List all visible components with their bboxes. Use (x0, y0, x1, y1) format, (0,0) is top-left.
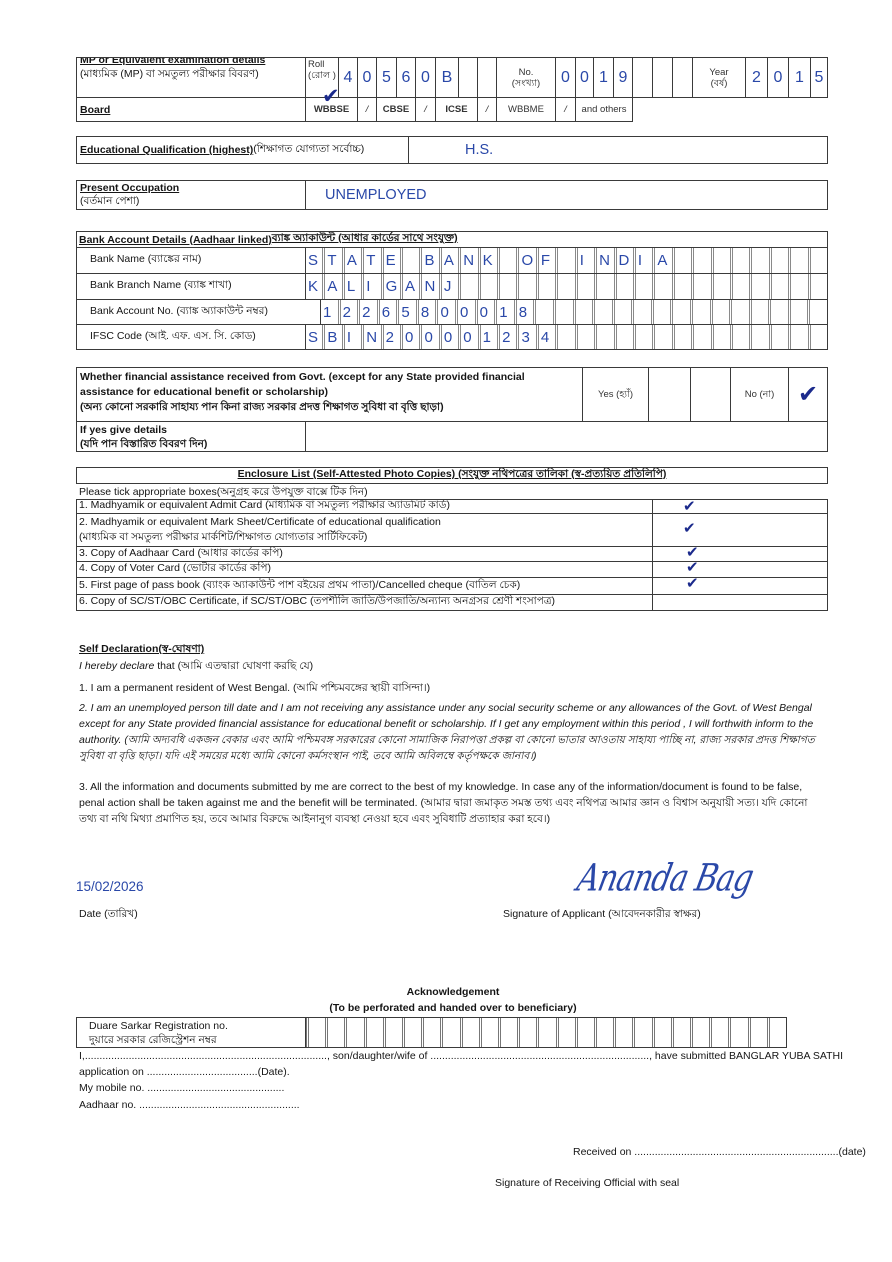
character-box: L (342, 274, 361, 299)
acknowledgement-title: Acknowledgement (0, 986, 892, 998)
board-separator: / (415, 97, 436, 122)
character-box (672, 248, 691, 273)
character-box: N (458, 248, 477, 273)
declaration-title: Self Declaration(স্ব-ঘোষণা) (79, 641, 824, 657)
enclosure-title: Enclosure List (Self-Attested Photo Copi… (76, 467, 828, 484)
enclosure-item-2-text: 2. Madhyamik or equivalent Mark Sheet/Ce… (79, 515, 650, 530)
no-label: No (না) (730, 367, 789, 422)
board-option-cbse[interactable]: CBSE (376, 97, 416, 122)
character-box: 0 (435, 300, 455, 324)
character-box (536, 1018, 555, 1047)
character-box: T (361, 248, 380, 273)
character-box: E (381, 248, 400, 273)
character-box (730, 325, 749, 349)
roll-char-box[interactable]: 5 (376, 57, 397, 98)
year-char-box[interactable]: 0 (767, 57, 789, 98)
character-box: 0 (455, 300, 475, 324)
mp-exam-title-bn: (মাধ্যমিক (MP) বা সমতুল্য পরীক্ষার বিবরণ… (80, 67, 280, 81)
character-box: B (419, 248, 438, 273)
character-box: 6 (377, 300, 397, 324)
board-separator: / (555, 97, 576, 122)
number-char-box[interactable]: 9 (613, 57, 633, 98)
roll-char-box[interactable]: 4 (338, 57, 358, 98)
character-box (652, 1018, 671, 1047)
enclosure-item-5: 5. First page of pass book (ব্যাংক অ্যাক… (76, 577, 653, 595)
character-box (788, 300, 808, 324)
character-box (594, 325, 613, 349)
character-box (498, 1018, 517, 1047)
character-box: I (633, 248, 652, 273)
mp-exam-title: MP or Equivalent examination details (80, 57, 305, 67)
number-label: No. (519, 67, 534, 78)
character-box (479, 1018, 498, 1047)
character-box: 1 (321, 300, 338, 324)
character-box (729, 300, 749, 324)
character-box: I (575, 248, 594, 273)
character-box (575, 274, 594, 299)
enclosure-checkbox-1[interactable]: ✔ (652, 499, 828, 514)
character-box: A (439, 248, 458, 273)
character-box (614, 274, 633, 299)
bank-title: Bank Account Details (Aadhaar linked) (79, 234, 272, 246)
yes-checkbox[interactable]: ✔ (648, 367, 691, 422)
character-box (592, 300, 612, 324)
roll-char-box[interactable] (458, 57, 478, 98)
number-label-cell: No. (সংখ্যা) (496, 57, 556, 98)
character-box: 2 (381, 325, 400, 349)
details-field[interactable] (305, 421, 828, 452)
character-box (306, 1018, 325, 1047)
signature-label: Signature of Applicant (আবেদনকারীর স্বাক… (503, 907, 701, 924)
character-box (652, 274, 671, 299)
character-box (711, 248, 730, 273)
character-box: D (614, 248, 633, 273)
character-box: J (439, 274, 458, 299)
enclosure-item-3: 3. Copy of Aadhaar Card (আধার কার্ডের কপ… (76, 546, 653, 562)
spacer-cell (690, 367, 731, 422)
details-label-cell: If yes give details (যদি পান বিস্তারিত ব… (76, 421, 306, 452)
check-mark-icon: ✔ (686, 546, 699, 561)
character-box: T (322, 248, 341, 273)
registration-number-field[interactable] (305, 1017, 787, 1048)
character-box: 5 (396, 300, 416, 324)
character-box (769, 274, 788, 299)
declaration-point-2: 2. I am an unemployed person till date a… (79, 700, 824, 764)
roll-label-bn: (রোল ) (308, 70, 336, 81)
character-box (594, 274, 613, 299)
registration-label-bn: দুয়ারে সরকার রেজিস্ট্রেশন নম্বর (89, 1033, 293, 1047)
declaration-point-1: 1. I am a permanent resident of West Ben… (79, 680, 824, 696)
received-on-line: Received on ............................… (573, 1146, 866, 1158)
acknowledgement-subtitle: (To be perforated and handed over to ben… (0, 1002, 892, 1014)
character-box: N (419, 274, 438, 299)
number-char-box[interactable] (632, 57, 653, 98)
character-box (497, 274, 516, 299)
character-box: B (322, 325, 341, 349)
year-label: Year (709, 67, 728, 78)
character-box (808, 325, 827, 349)
character-box (631, 300, 651, 324)
character-box (553, 300, 573, 324)
roll-char-box[interactable]: 6 (396, 57, 416, 98)
education-label-cell: Educational Qualification (highest) (শিক… (76, 136, 409, 164)
roll-char-box[interactable] (477, 57, 497, 98)
check-mark-icon: ✔ (686, 561, 699, 576)
roll-char-box[interactable]: B (435, 57, 459, 98)
acknowledgement-line-2: application on .........................… (79, 1066, 290, 1078)
character-box (788, 274, 807, 299)
character-box (632, 1018, 651, 1047)
character-box (536, 274, 555, 299)
character-box (614, 325, 633, 349)
character-box (344, 1018, 363, 1047)
official-signature-label: Signature of Receiving Official with sea… (495, 1177, 679, 1189)
character-box (808, 248, 827, 273)
character-box (458, 274, 477, 299)
acknowledgement-line-1: I,......................................… (79, 1050, 843, 1062)
character-box (516, 274, 535, 299)
declaration-intro-rest: that (আমি এতদ্বারা ঘোষণা করছি যে) (154, 660, 313, 672)
year-label-bn: (বর্ষ) (711, 78, 728, 89)
character-box (711, 274, 730, 299)
character-box: A (400, 274, 419, 299)
check-mark-icon: ✔ (798, 380, 818, 409)
character-box (652, 325, 671, 349)
character-box: 0 (439, 325, 458, 349)
character-box: 3 (516, 325, 535, 349)
financial-question-cell: Whether financial assistance received fr… (76, 367, 583, 422)
character-box (575, 1018, 594, 1047)
character-box (711, 325, 730, 349)
bank-account-label: Bank Account No. (ব্যাঙ্ক অ্যাকাউন্ট নম্… (76, 299, 321, 325)
character-box (325, 1018, 344, 1047)
character-box (769, 248, 788, 273)
enclosure-item-6: 6. Copy of SC/ST/OBC Certificate, if SC/… (76, 594, 653, 611)
character-box: 2 (497, 325, 516, 349)
character-box (749, 325, 768, 349)
date-value[interactable]: 15/02/2026 (76, 879, 144, 894)
character-box (575, 325, 594, 349)
bank-title-bn: ব্যাঙ্ক অ্যাকাউন্ট (আধার কার্ডের সাথে সং… (272, 231, 458, 248)
character-box (555, 274, 574, 299)
character-box (440, 1018, 459, 1047)
character-box: F (536, 248, 555, 273)
character-box (808, 274, 827, 299)
number-char-box[interactable]: 1 (593, 57, 614, 98)
character-box (748, 1018, 767, 1047)
character-box: S (306, 248, 322, 273)
character-box: 2 (357, 300, 377, 324)
character-box: 0 (400, 325, 419, 349)
character-box (749, 300, 769, 324)
character-box (768, 300, 788, 324)
character-box: 2 (338, 300, 358, 324)
education-value[interactable]: H.S. (408, 136, 828, 164)
financial-question: Whether financial assistance received fr… (80, 370, 579, 400)
character-box (690, 300, 710, 324)
character-box (400, 248, 419, 273)
character-box: N (594, 248, 613, 273)
character-box (478, 274, 497, 299)
number-char-box[interactable] (652, 57, 673, 98)
character-box (460, 1018, 479, 1047)
character-box: A (342, 248, 361, 273)
board-separator: / (357, 97, 377, 122)
check-mark-icon: ✔ (683, 499, 696, 514)
character-box (497, 248, 516, 273)
enclosure-item-4: 4. Copy of Voter Card (ভোটার কার্ডের কপি… (76, 561, 653, 578)
character-box (788, 248, 807, 273)
year-char-box[interactable]: 1 (788, 57, 811, 98)
bank-section-title: Bank Account Details (Aadhaar linked) ব্… (76, 231, 828, 248)
character-box (421, 1018, 440, 1047)
enclosure-checkbox-5[interactable]: ✔ (652, 577, 828, 595)
character-box: O (516, 248, 535, 273)
enclosure-checkbox-3[interactable]: ✔ (652, 546, 828, 562)
enclosure-checkbox-2[interactable]: ✔ (652, 513, 828, 547)
character-box (402, 1018, 421, 1047)
bank-name-field[interactable]: STATEBANKOFINDIA (305, 247, 828, 274)
enclosure-checkbox-6[interactable]: ✔ (652, 594, 828, 611)
number-char-box[interactable]: 0 (555, 57, 576, 98)
character-box: I (342, 325, 361, 349)
character-box: A (652, 248, 671, 273)
character-box (573, 300, 593, 324)
enclosure-checkbox-4[interactable]: ✔ (652, 561, 828, 578)
financial-question-bn: (অন্য কোনো সরকারি সাহায্য পান কিনা রাজ্য… (80, 400, 579, 415)
check-mark-icon: ✔ (686, 577, 699, 592)
character-box (788, 325, 807, 349)
number-label-bn: (সংখ্যা) (512, 78, 540, 89)
bank-name-label: Bank Name (ব্যাঙ্কের নাম) (76, 247, 306, 274)
character-box (730, 248, 749, 273)
acknowledgement-line-3: My mobile no. ..........................… (79, 1082, 284, 1094)
ifsc-field[interactable]: SBIN200001234 (305, 324, 828, 350)
character-box (691, 325, 710, 349)
declaration-intro: I hereby declare that (আমি এতদ্বারা ঘোষণ… (79, 658, 824, 674)
enclosure-item-2-text-bn: (মাধ্যমিক বা সমতুল্য পরীক্ষার মার্কশিট/শ… (79, 530, 650, 545)
character-box: 8 (416, 300, 436, 324)
character-box: S (306, 325, 322, 349)
bank-branch-label: Bank Branch Name (ব্যাঙ্ক শাখা) (76, 273, 306, 300)
character-box (612, 300, 632, 324)
check-mark-icon: ✔ (322, 84, 340, 108)
character-box (710, 300, 730, 324)
occupation-label-bn: (বর্তমান পেশা) (80, 195, 302, 208)
character-box (364, 1018, 383, 1047)
character-box: 0 (458, 325, 477, 349)
board-option-wbbme[interactable]: WBBME (496, 97, 556, 122)
registration-label-cell: Duare Sarkar Registration no. দুয়ারে সর… (76, 1017, 306, 1048)
character-box: K (478, 248, 497, 273)
character-box: N (361, 325, 380, 349)
education-label: Educational Qualification (highest) (80, 144, 253, 156)
character-box (691, 274, 710, 299)
character-box: G (381, 274, 400, 299)
character-box (691, 248, 710, 273)
occupation-label: Present Occupation (80, 182, 302, 195)
date-label: Date (তারিখ) (79, 907, 138, 924)
board-label: Board (76, 97, 306, 122)
board-separator: / (477, 97, 497, 122)
board-option-others[interactable]: and others (575, 97, 633, 122)
character-box (730, 274, 749, 299)
character-box: 0 (419, 325, 438, 349)
character-box: 8 (514, 300, 534, 324)
enclosure-item-2: 2. Madhyamik or equivalent Mark Sheet/Ce… (76, 513, 653, 547)
character-box (709, 1018, 728, 1047)
occupation-label-cell: Present Occupation (বর্তমান পেশা) (76, 180, 306, 210)
character-box (749, 274, 768, 299)
roll-char-box[interactable]: 0 (415, 57, 436, 98)
character-box: 0 (475, 300, 495, 324)
character-box (533, 300, 553, 324)
character-box (807, 300, 827, 324)
no-checkbox[interactable]: ✔ (788, 367, 828, 422)
number-char-box[interactable] (672, 57, 693, 98)
character-box: 4 (536, 325, 555, 349)
character-box (633, 274, 652, 299)
character-box (555, 325, 574, 349)
declaration-intro-italic: I hereby declare (79, 660, 154, 672)
character-box (556, 1018, 575, 1047)
education-label-bn: (শিক্ষাগত যোগ্যতা সর্বোচ্চ) (253, 142, 364, 159)
character-box (670, 300, 690, 324)
bank-account-field[interactable]: 12265800018 (320, 299, 828, 325)
registration-label: Duare Sarkar Registration no. (89, 1019, 293, 1033)
bank-branch-field[interactable]: KALIGANJ (305, 273, 828, 300)
character-box: I (361, 274, 380, 299)
character-box (749, 248, 768, 273)
character-box (594, 1018, 613, 1047)
character-box (517, 1018, 536, 1047)
character-box: K (306, 274, 322, 299)
number-char-box[interactable]: 0 (575, 57, 594, 98)
board-option-icse[interactable]: ICSE (435, 97, 478, 122)
character-box (555, 248, 574, 273)
yes-label: Yes (হ্যাঁ) (582, 367, 649, 422)
year-char-box[interactable]: 2 (745, 57, 768, 98)
character-box (651, 300, 671, 324)
character-box (767, 1018, 786, 1047)
character-box: A (322, 274, 341, 299)
character-box (633, 325, 652, 349)
ifsc-label: IFSC Code (আই. এফ. এস. সি. কোড) (76, 324, 306, 350)
roll-char-box[interactable]: 0 (357, 57, 377, 98)
check-mark-icon: ✔ (683, 519, 696, 537)
character-box: 1 (494, 300, 514, 324)
year-label-cell: Year (বর্ষ) (692, 57, 746, 98)
declaration-point-3: 3. All the information and documents sub… (79, 779, 824, 827)
character-box (671, 1018, 690, 1047)
enclosure-item-1: 1. Madhyamik or equivalent Admit Card (ম… (76, 499, 653, 514)
acknowledgement-line-4: Aadhaar no. ............................… (79, 1099, 300, 1111)
year-char-box[interactable]: 5 (810, 57, 828, 98)
character-box (383, 1018, 402, 1047)
character-box (769, 325, 788, 349)
character-box (672, 274, 691, 299)
character-box: 1 (478, 325, 497, 349)
character-box (672, 325, 691, 349)
character-box (690, 1018, 709, 1047)
mp-exam-label-cell: MP or Equivalent examination details (মা… (76, 57, 306, 98)
details-label-bn: (যদি পান বিস্তারিত বিবরণ দিন) (80, 437, 302, 451)
roll-label: Roll (308, 59, 336, 70)
details-label: If yes give details (80, 423, 302, 437)
character-box (728, 1018, 747, 1047)
character-box (613, 1018, 632, 1047)
occupation-value[interactable]: UNEMPLOYED (305, 180, 828, 210)
applicant-signature: Ananda Bag (573, 857, 756, 901)
